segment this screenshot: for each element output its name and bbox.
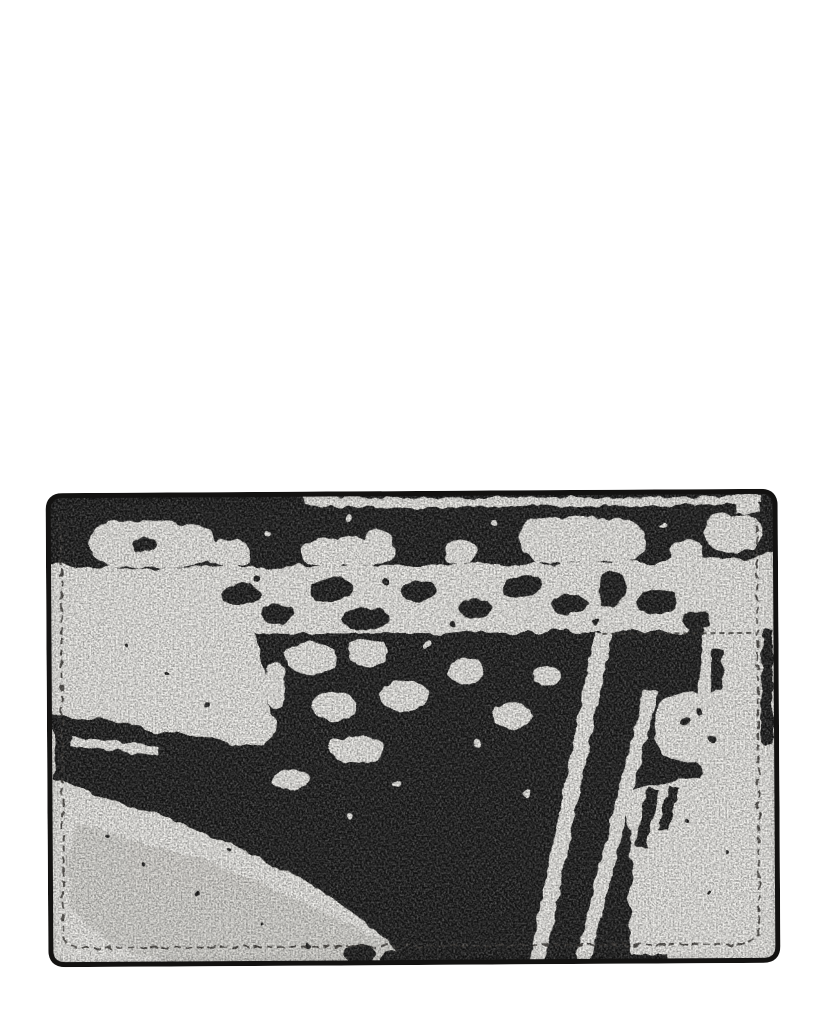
- grain-texture-light: [46, 489, 781, 967]
- product-photo-background: [0, 0, 827, 1024]
- card-holder-image: [46, 489, 781, 967]
- card-holder-product-photo: [46, 489, 781, 967]
- print-layers: [46, 489, 781, 967]
